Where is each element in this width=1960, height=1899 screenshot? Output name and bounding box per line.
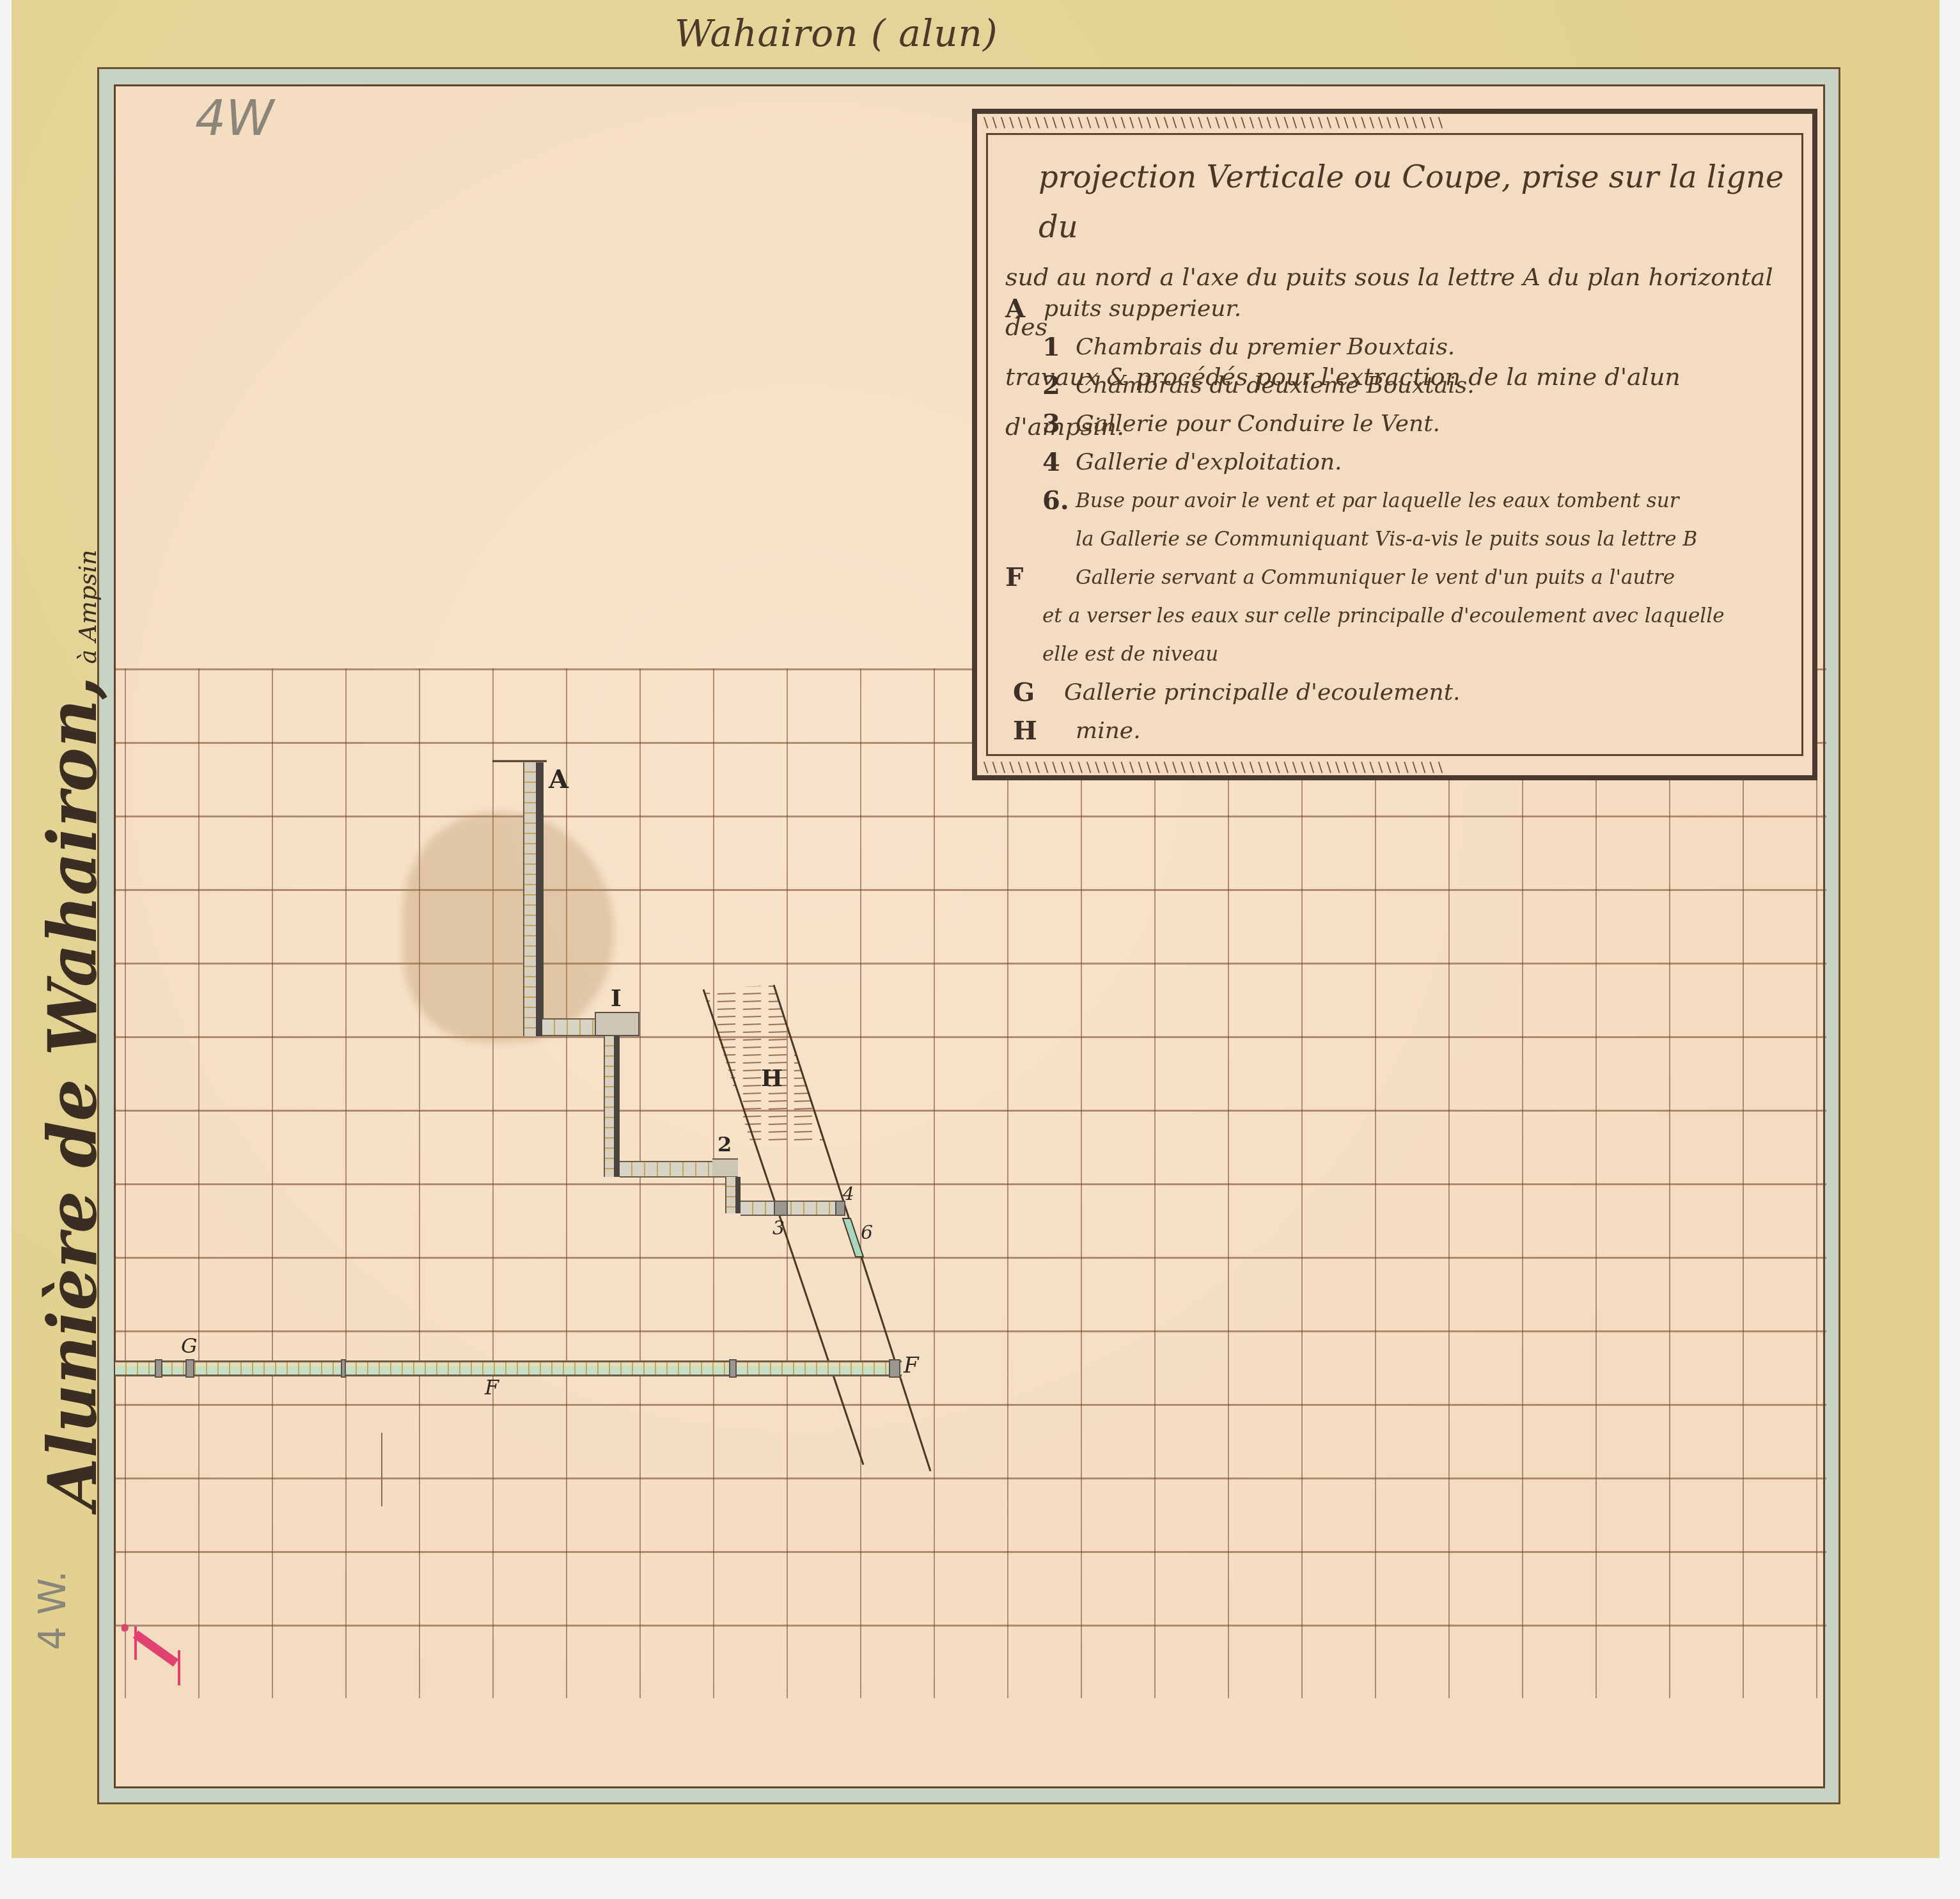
- gallery-F-block-4: [729, 1359, 737, 1378]
- gallery-3-to-4: [741, 1201, 844, 1216]
- gallery-G-block-1: [155, 1359, 162, 1378]
- gallery-F-block-end: [889, 1359, 900, 1378]
- red-archive-mark: [122, 1615, 185, 1685]
- chamber-2: [712, 1158, 738, 1178]
- label-A: A: [549, 764, 568, 794]
- gallery-3-block: [774, 1201, 788, 1216]
- label-2: 2: [717, 1132, 732, 1156]
- gallery-to-chamber-1: [542, 1018, 595, 1036]
- label-1: I: [611, 985, 622, 1012]
- gallery-G-F: [115, 1360, 902, 1376]
- label-H: H: [761, 1065, 783, 1092]
- gallery-G-block-3: [341, 1359, 346, 1378]
- mine-section-lines: [0, 0, 1960, 1899]
- label-F-end: F: [904, 1353, 919, 1378]
- shaft-1-wall: [614, 1036, 620, 1177]
- label-6: 6: [861, 1222, 873, 1244]
- label-F-mid: F: [485, 1375, 499, 1399]
- gallery-to-chamber-2: [620, 1161, 712, 1178]
- label-4: 4: [843, 1183, 854, 1204]
- gallery-G-block-2: [185, 1359, 194, 1378]
- label-G: G: [181, 1334, 198, 1358]
- label-3: 3: [772, 1217, 785, 1240]
- shaft-A-wall: [536, 762, 544, 1036]
- chamber-1: [595, 1012, 639, 1036]
- shaft-2-wall: [735, 1177, 741, 1213]
